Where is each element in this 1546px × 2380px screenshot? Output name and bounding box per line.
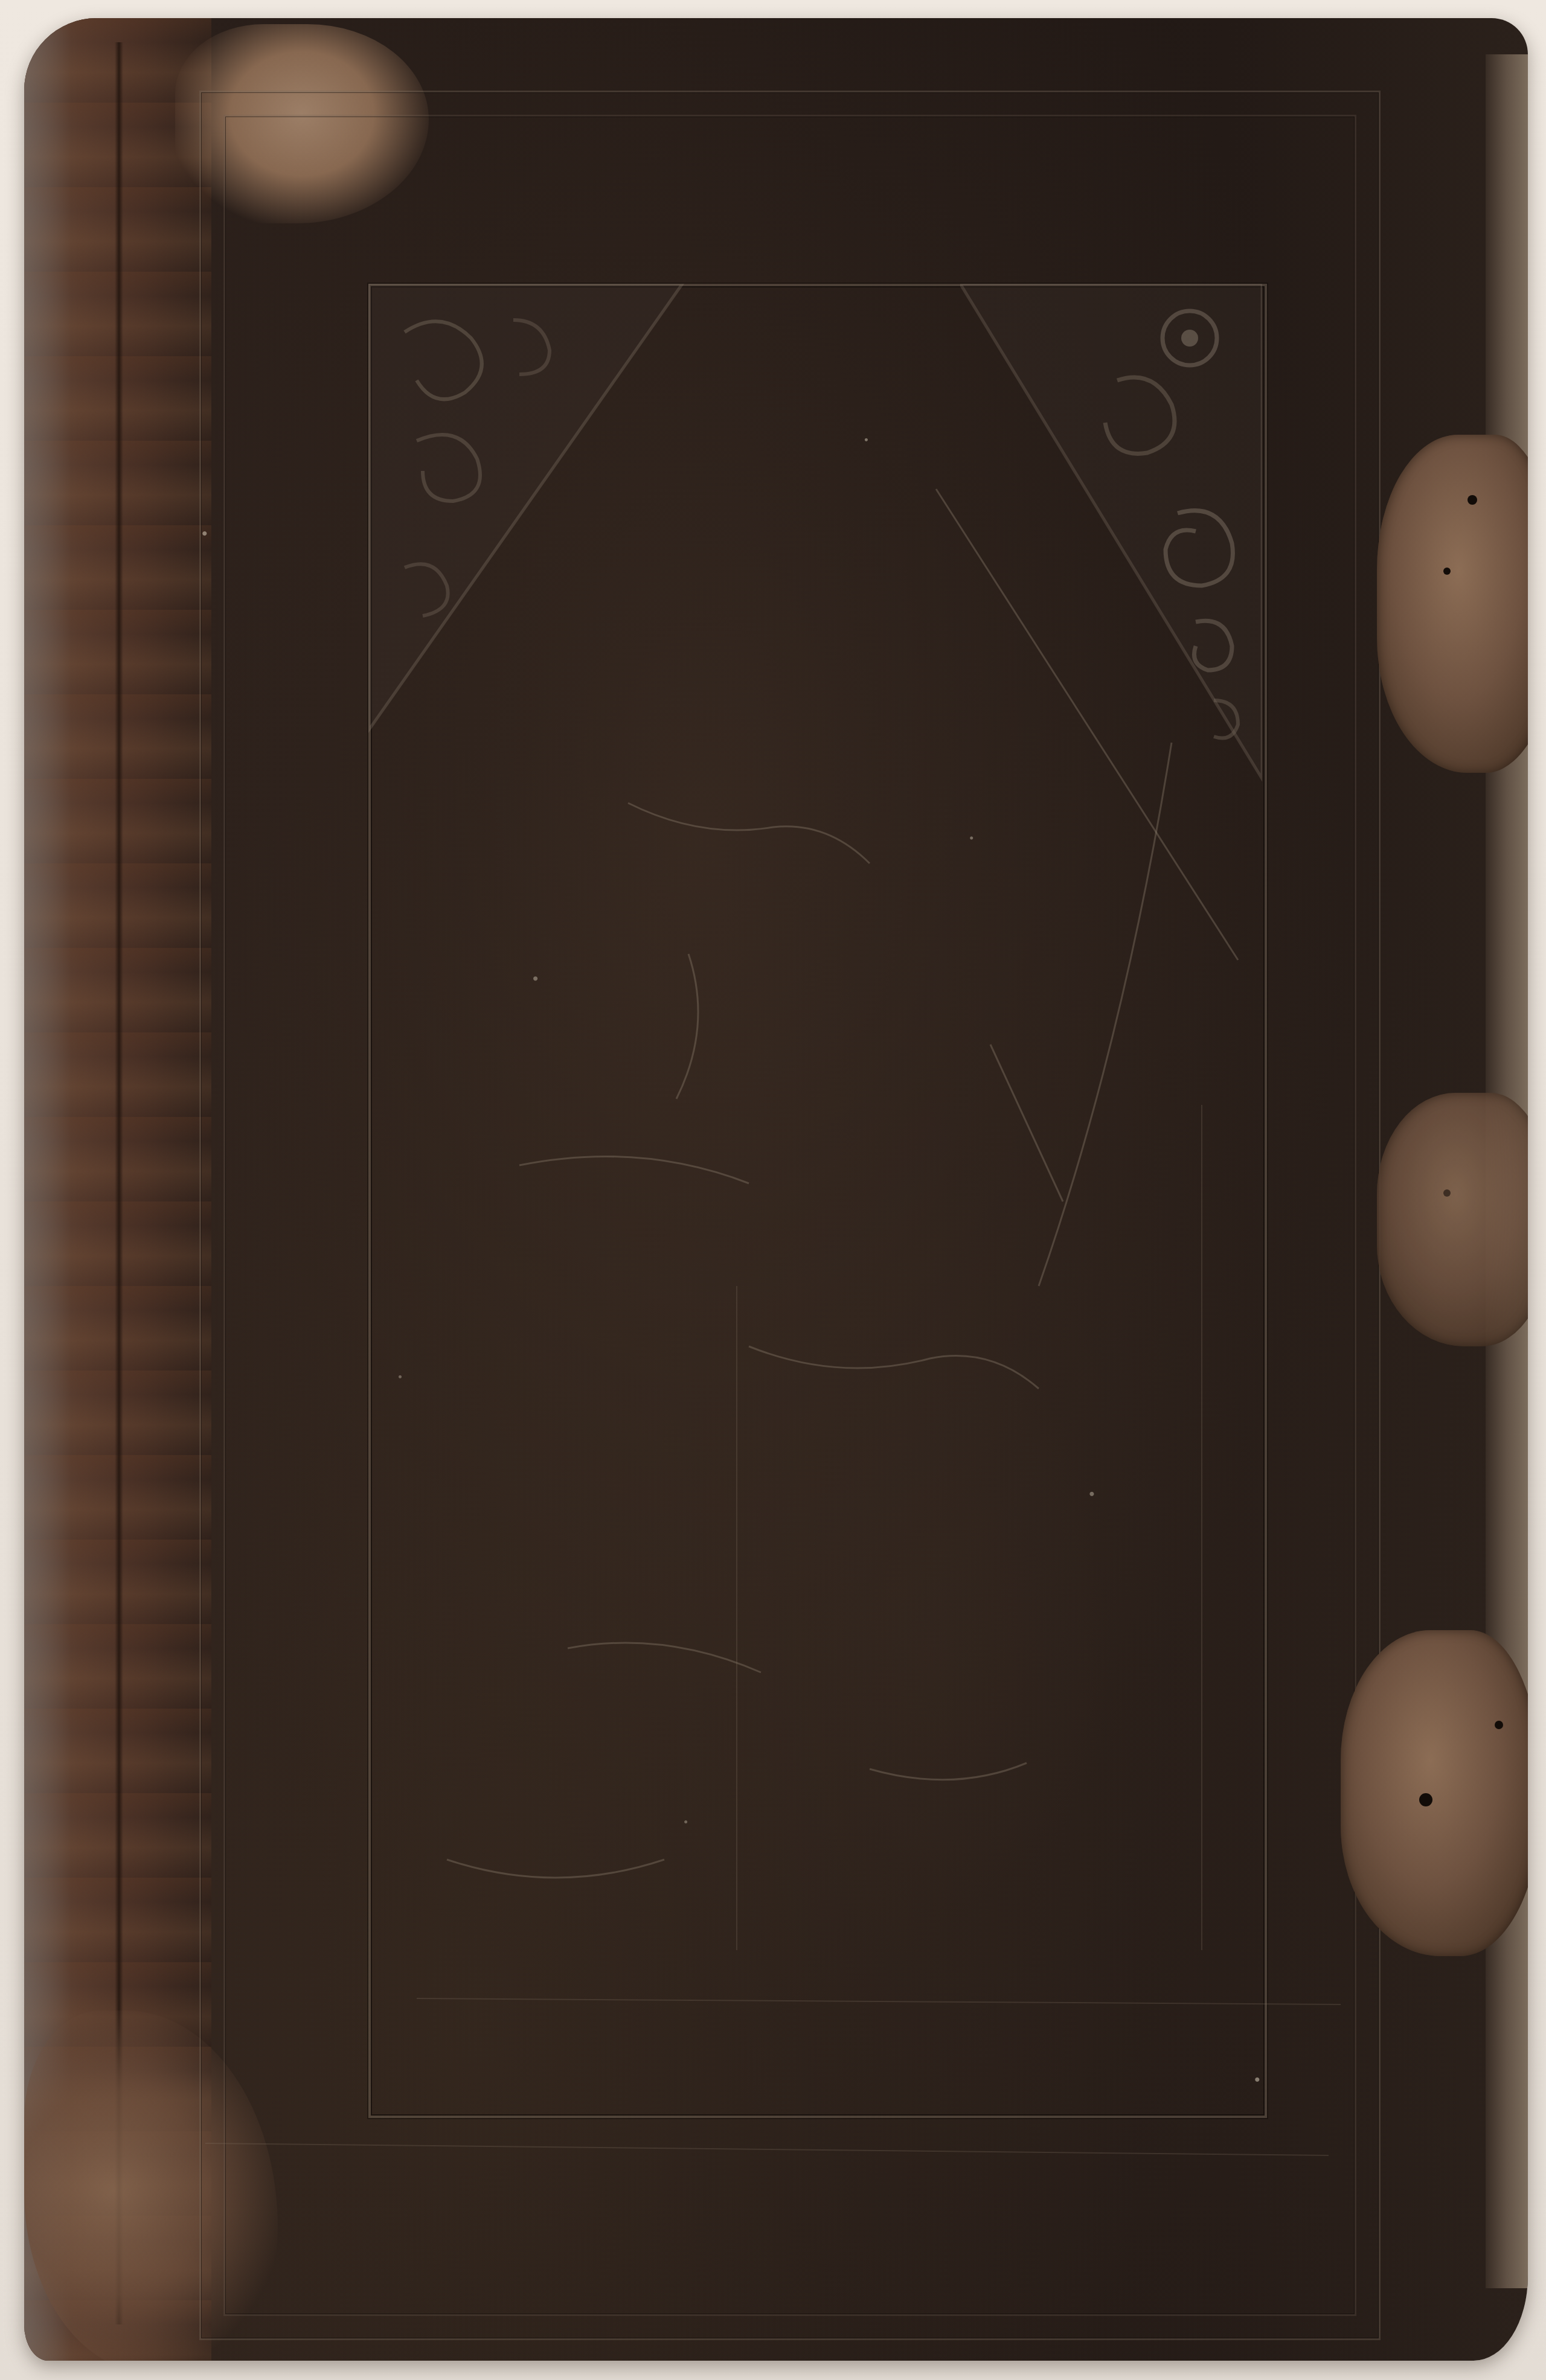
- book-cover: Central rectangular panel Clasp plate re…: [24, 18, 1528, 2361]
- spine-hinge-groove: [115, 42, 123, 2324]
- corner-fleuron-top-right-icon: [960, 284, 1262, 791]
- nail-hole-icon: [1419, 1793, 1432, 1806]
- nail-hole-icon: [1443, 1189, 1451, 1197]
- nail-hole-icon: [1443, 568, 1451, 575]
- nail-hole-icon: [1495, 1721, 1503, 1729]
- corner-fleuron-top-left-icon: [368, 284, 707, 755]
- nail-hole-icon: [1467, 495, 1477, 505]
- photo-backdrop: Central rectangular panel Clasp plate re…: [0, 0, 1546, 2380]
- clasp-plate-top: Clasp plate remnant with two nail holes: [1377, 435, 1528, 773]
- clasp-plate-middle: Partial clasp plate remnant: [1377, 1093, 1528, 1346]
- clasp-plate-bottom: Clasp plate remnant with nail hole: [1341, 1630, 1528, 1956]
